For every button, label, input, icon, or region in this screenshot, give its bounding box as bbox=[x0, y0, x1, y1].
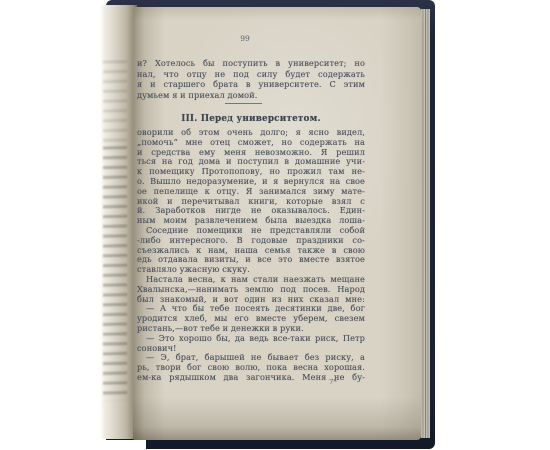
text-line: рь, твори бог свою волю, пока весна хоро… bbox=[137, 363, 365, 373]
text-line: икой и перечитывал книги, которые взял с bbox=[137, 197, 365, 207]
text-line: нал, что отцу не под силу будет содержат… bbox=[137, 69, 365, 80]
text-line: — А что бы тебе посеять десятинки две, б… bbox=[137, 304, 365, 314]
signature-mark: 7* bbox=[329, 378, 337, 386]
text-line: — Э, брат, барышей не бывает без риску, … bbox=[137, 353, 365, 363]
text-line: „помочь“ мне отец сможет, но содержать н… bbox=[137, 138, 365, 148]
previous-section-text: и? Хотелось бы поступить в университет; … bbox=[137, 58, 365, 102]
book-photo: 99 и? Хотелось бы поступить в университе… bbox=[0, 0, 550, 450]
text-line: к помещику Протопопову, но прожил там не… bbox=[137, 167, 365, 177]
left-page-text-blur bbox=[103, 143, 127, 402]
text-line: -либо интересного. В годовые праздники с… bbox=[137, 236, 365, 246]
text-line: ристань,—вот тебе и денежки в руки. bbox=[137, 324, 365, 334]
text-line: ться на год дома и поступил в домашние у… bbox=[137, 157, 365, 167]
page-fore-edge bbox=[421, 9, 430, 438]
text-line: Хвалынска,—нанимать землю под посев. Нар… bbox=[137, 285, 365, 295]
text-line: о. Вышло недоразумение, и я вернулся на … bbox=[137, 177, 365, 187]
text-line: ным моим развлечением была выездка лоша- bbox=[137, 216, 365, 226]
text-line: оворили об этом очень долго; я ясно виде… bbox=[137, 128, 365, 138]
text-line: едь отдавала визиты, и все это вместе вз… bbox=[137, 255, 365, 265]
text-line: й. Заработков нигде не оказывалось. Един… bbox=[137, 206, 365, 216]
section-heading: III. Перед университетом. bbox=[137, 114, 365, 124]
text-line: и средства ему меня невозможно. Я решил bbox=[137, 148, 365, 158]
left-page-text-blur bbox=[103, 57, 127, 144]
text-line: ставляло ужасную скуку. bbox=[137, 265, 365, 275]
text-line: Соседние помещики не представляли собой bbox=[137, 226, 365, 236]
photo-background-corner bbox=[78, 440, 146, 450]
page-number: 99 bbox=[237, 34, 253, 43]
text-line: ое пепелище к отцу. Я занимался зиму мат… bbox=[137, 187, 365, 197]
section-body-text: оворили об этом очень долго; я ясно виде… bbox=[137, 128, 365, 384]
text-line: думьем я и приехал домой. bbox=[137, 90, 365, 101]
left-page-curl bbox=[100, 5, 137, 439]
text-line: съезжались к нам, наша семья также в сво… bbox=[137, 246, 365, 256]
text-line: сонович! bbox=[137, 344, 365, 354]
text-line: уродится хлеб, мы его вместе уберем, све… bbox=[137, 314, 365, 324]
text-line: и? Хотелось бы поступить в университет; … bbox=[137, 58, 365, 69]
text-line: — Это хорошо бы, да ведь все-таки риск, … bbox=[137, 334, 365, 344]
text-line: я и старшего брата в университете. С эти… bbox=[137, 79, 365, 90]
book-page: 99 и? Хотелось бы поступить в университе… bbox=[133, 7, 421, 440]
section-divider bbox=[225, 103, 262, 104]
text-line: Настала весна, к нам стали наезжать меща… bbox=[137, 275, 365, 285]
text-line: был знакомый, и вот один из них сказал м… bbox=[137, 295, 365, 305]
